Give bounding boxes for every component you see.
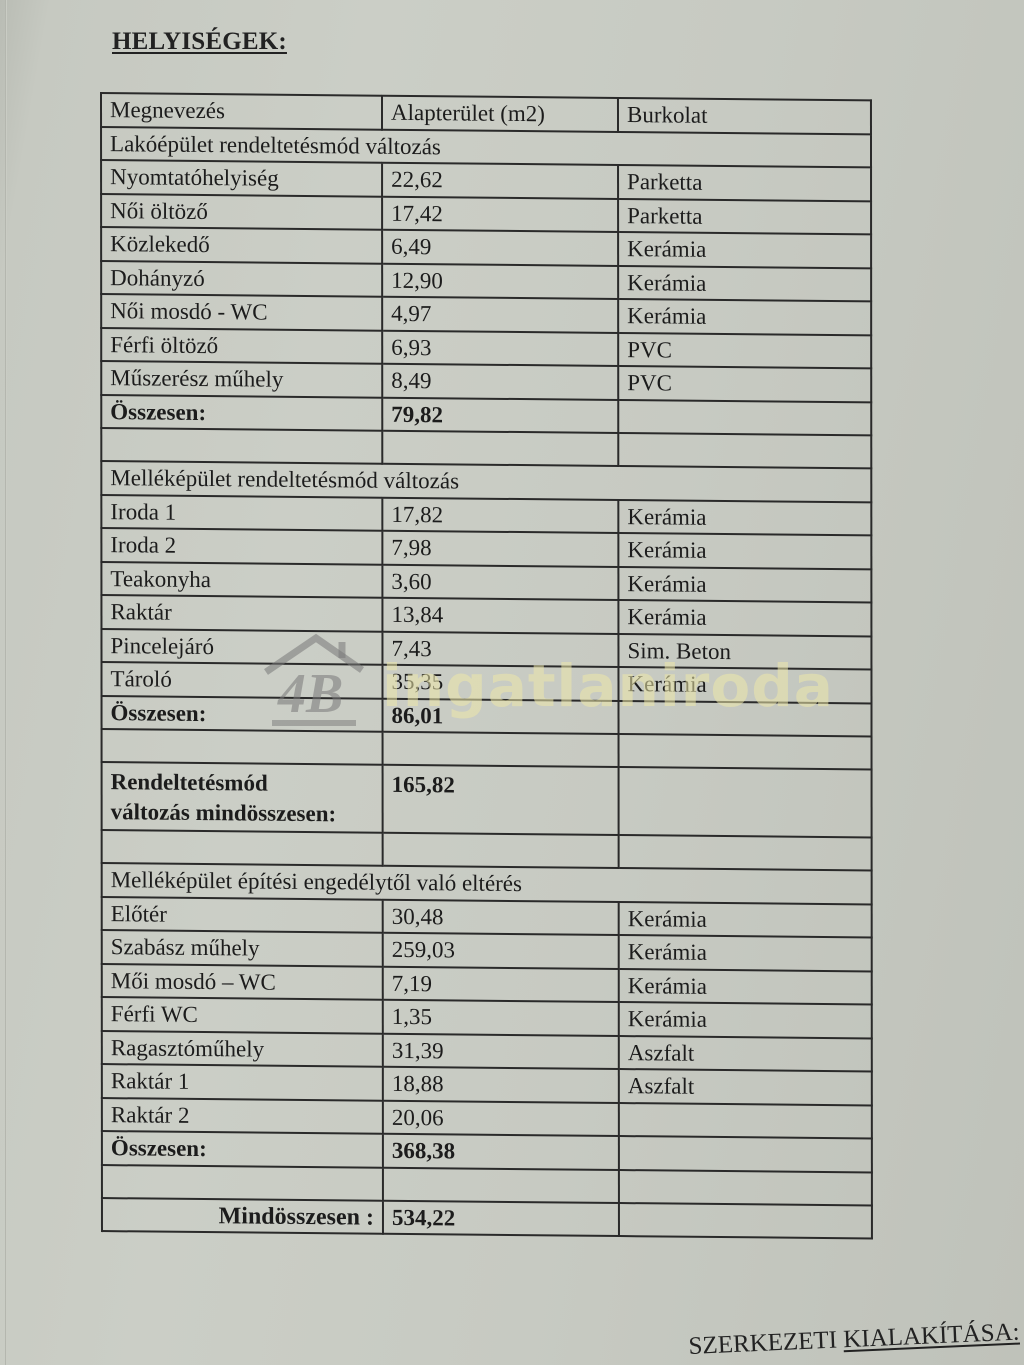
- subtotal-value: 79,82: [382, 397, 618, 433]
- empty-cell: [619, 701, 872, 737]
- room-name: Raktár 1: [102, 1064, 383, 1100]
- room-area: 3,60: [382, 564, 618, 600]
- room-name: Ragasztóműhely: [102, 1031, 383, 1067]
- room-cover: Kerámia: [619, 1002, 872, 1038]
- empty-cell: [102, 1165, 383, 1201]
- empty-cell: [619, 1203, 872, 1239]
- empty-cell: [102, 830, 383, 866]
- room-name: Raktár 2: [102, 1098, 383, 1134]
- footer-heading-underlined: KIALAKÍTÁSA:: [843, 1319, 1020, 1354]
- room-name: Raktár: [101, 595, 382, 631]
- empty-cell: [618, 433, 871, 468]
- empty-cell: [619, 1136, 872, 1172]
- change-total-value: 165,82: [383, 765, 619, 835]
- change-total-label-line1: Rendeltetésmód: [111, 767, 374, 800]
- room-cover: Kerámia: [618, 533, 871, 569]
- empty-cell: [382, 431, 618, 466]
- room-area: 31,39: [383, 1033, 619, 1069]
- room-cover: Kerámia: [618, 265, 871, 301]
- room-area: 18,88: [383, 1067, 619, 1103]
- room-cover: PVC: [618, 332, 871, 368]
- room-area: 7,19: [383, 966, 619, 1002]
- room-name: Mői mosdó – WC: [102, 964, 383, 1000]
- room-cover: Kerámia: [618, 499, 871, 535]
- room-area: 6,49: [382, 230, 618, 266]
- room-name: Férfi öltöző: [101, 328, 382, 364]
- room-area: 30,48: [383, 899, 619, 935]
- room-area: 259,03: [383, 933, 619, 969]
- change-total-label-line2: változás mindösszesen:: [111, 797, 374, 830]
- empty-cell: [619, 835, 872, 870]
- subtotal-value: 368,38: [383, 1134, 619, 1170]
- empty-cell: [619, 734, 872, 769]
- room-cover: Kerámia: [619, 902, 872, 938]
- room-cover: Kerámia: [619, 935, 872, 971]
- page-fold-line: [5, 0, 7, 1365]
- room-name: Szabász műhely: [102, 930, 383, 966]
- empty-cell: [102, 729, 383, 765]
- room-cover: Kerámia: [618, 299, 871, 335]
- empty-cell: [618, 399, 871, 435]
- grand-total-row: Mindösszesen : 534,22: [102, 1198, 872, 1239]
- room-area: 35,35: [382, 665, 618, 701]
- room-area: 20,06: [383, 1100, 619, 1136]
- room-name: Iroda 1: [101, 495, 382, 531]
- room-area: 4,97: [382, 297, 618, 333]
- room-cover: Kerámia: [618, 232, 871, 268]
- room-area: 7,98: [382, 531, 618, 567]
- rooms-table-container: Megnevezés Alapterület (m2) Burkolat Lak…: [100, 92, 871, 1239]
- empty-cell: [619, 1170, 872, 1205]
- room-area: 13,84: [382, 598, 618, 634]
- room-cover: Aszfalt: [619, 1036, 872, 1072]
- room-area: 7,43: [382, 631, 618, 667]
- room-name: Női öltöző: [101, 194, 382, 230]
- room-name: Pincelejáró: [101, 629, 382, 665]
- change-total-row: Rendeltetésmód változás mindösszesen: 16…: [102, 762, 872, 837]
- room-cover: Parketta: [618, 198, 871, 234]
- room-cover: Kerámia: [618, 667, 871, 703]
- room-name: Műszerész műhely: [101, 361, 382, 397]
- room-name: Dohányzó: [101, 261, 382, 297]
- room-area: 12,90: [382, 263, 618, 299]
- empty-cell: [101, 428, 382, 464]
- room-cover: Aszfalt: [619, 1069, 872, 1105]
- room-cover: Parketta: [618, 165, 871, 201]
- subtotal-label: Összesen:: [102, 696, 383, 732]
- header-name: Megnevezés: [101, 93, 382, 129]
- room-cover: Kerámia: [618, 600, 871, 636]
- header-cover: Burkolat: [618, 98, 871, 134]
- grand-total-label: Mindösszesen :: [102, 1198, 383, 1234]
- room-area: 8,49: [382, 364, 618, 400]
- page-heading: HELYISÉGEK:: [112, 28, 287, 56]
- empty-cell: [619, 767, 872, 837]
- room-cover: [619, 1103, 872, 1139]
- subtotal-value: 86,01: [383, 698, 619, 734]
- room-area: 22,62: [382, 163, 618, 199]
- room-area: 17,82: [382, 497, 618, 533]
- empty-cell: [383, 732, 619, 767]
- room-name: Nyomtatóhelyiség: [101, 160, 382, 196]
- room-cover: Kerámia: [618, 566, 871, 602]
- room-name: Közlekedő: [101, 227, 382, 263]
- grand-total-value: 534,22: [383, 1200, 619, 1236]
- rooms-table: Megnevezés Alapterület (m2) Burkolat Lak…: [100, 92, 873, 1239]
- subtotal-label: Összesen:: [101, 395, 382, 431]
- room-area: 17,42: [382, 196, 618, 232]
- change-total-label: Rendeltetésmód változás mindösszesen:: [102, 762, 383, 833]
- empty-cell: [383, 1167, 619, 1202]
- header-area: Alapterület (m2): [382, 96, 618, 132]
- subtotal-label: Összesen:: [102, 1131, 383, 1167]
- room-name: Női mosdó - WC: [101, 294, 382, 330]
- room-name: Teakonyha: [101, 562, 382, 598]
- room-name: Iroda 2: [101, 528, 382, 564]
- footer-heading-prefix: SZERKEZETI: [688, 1326, 844, 1360]
- room-name: Előtér: [102, 897, 383, 933]
- room-cover: PVC: [618, 366, 871, 402]
- room-name: Férfi WC: [102, 997, 383, 1033]
- room-cover: Kerámia: [619, 969, 872, 1005]
- room-area: 6,93: [382, 330, 618, 366]
- empty-cell: [383, 833, 619, 868]
- footer-heading: SZERKEZETI KIALAKÍTÁSA:: [688, 1319, 1020, 1361]
- room-cover: Sim. Beton: [618, 634, 871, 670]
- room-area: 1,35: [383, 1000, 619, 1036]
- room-name: Tároló: [101, 662, 382, 698]
